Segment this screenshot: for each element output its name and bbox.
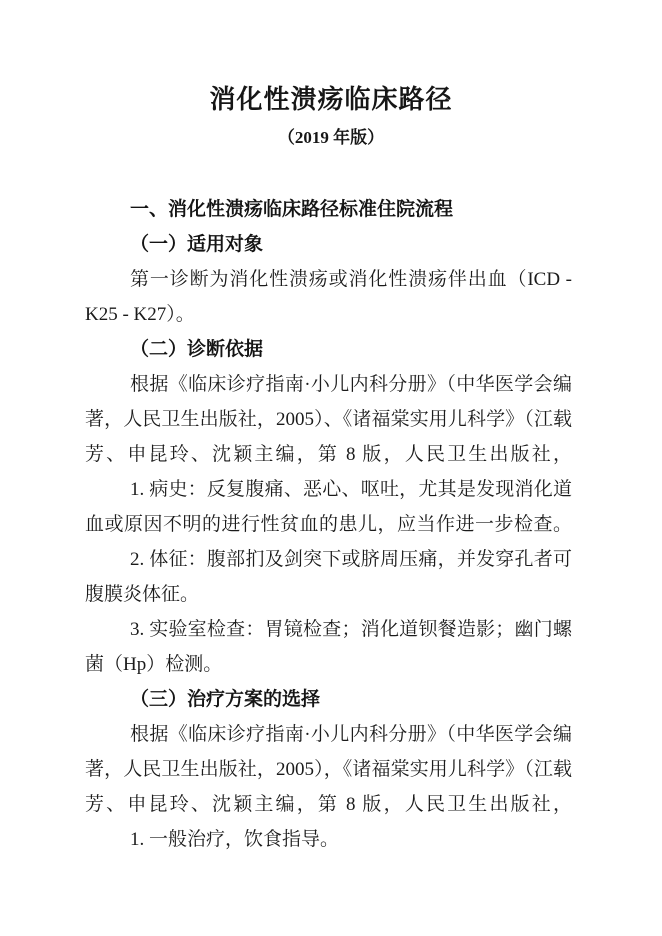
subsection-heading: （二）诊断依据 bbox=[85, 332, 572, 367]
doc-line: 根据《临床诊疗指南·小儿内科分册》（中华医学会编 bbox=[85, 367, 572, 402]
document-body: 一、消化性溃疡临床路径标准住院流程 （一）适用对象 第一诊断为消化性溃疡或消化性… bbox=[0, 192, 662, 857]
doc-line: 腹膜炎体征。 bbox=[85, 577, 572, 612]
doc-line: K25 - K27）。 bbox=[85, 297, 572, 332]
doc-line: 1. 一般治疗，饮食指导。 bbox=[85, 822, 572, 857]
doc-line: 1. 病史：反复腹痛、恶心、呕吐，尤其是发现消化道出 bbox=[85, 472, 572, 507]
doc-line: 菌（Hp）检测。 bbox=[85, 647, 572, 682]
doc-line: 著，人民卫生出版社，2005）、《诸福棠实用儿科学》（江载 bbox=[85, 402, 572, 437]
subsection-heading: （三）治疗方案的选择 bbox=[85, 682, 572, 717]
doc-line: 2. 体征：腹部扪及剑突下或脐周压痛，并发穿孔者可伴 bbox=[85, 542, 572, 577]
subsection-heading: （一）适用对象 bbox=[85, 227, 572, 262]
doc-line: 芳、申昆玲、沈颖主编，第 8 版，人民卫生出版社，2015）。 bbox=[85, 787, 572, 822]
doc-line: 3. 实验室检查：胃镜检查；消化道钡餐造影；幽门螺杆 bbox=[85, 612, 572, 647]
doc-line: 根据《临床诊疗指南·小儿内科分册》（中华医学会编 bbox=[85, 717, 572, 752]
doc-line: 血或原因不明的进行性贫血的患儿，应当作进一步检查。 bbox=[85, 507, 572, 542]
doc-line: 著，人民卫生出版社，2005），《诸福棠实用儿科学》（江载 bbox=[85, 752, 572, 787]
document-title: 消化性溃疡临床路径 bbox=[0, 0, 662, 116]
doc-line: 芳、申昆玲、沈颖主编，第 8 版，人民卫生出版社，2015）。 bbox=[85, 437, 572, 472]
document-subtitle: （2019 年版） bbox=[0, 126, 662, 150]
section-heading: 一、消化性溃疡临床路径标准住院流程 bbox=[85, 192, 572, 227]
document-page: 消化性溃疡临床路径 （2019 年版） 一、消化性溃疡临床路径标准住院流程 （一… bbox=[0, 0, 662, 936]
doc-line: 第一诊断为消化性溃疡或消化性溃疡伴出血（ICD - 10： bbox=[85, 262, 572, 297]
